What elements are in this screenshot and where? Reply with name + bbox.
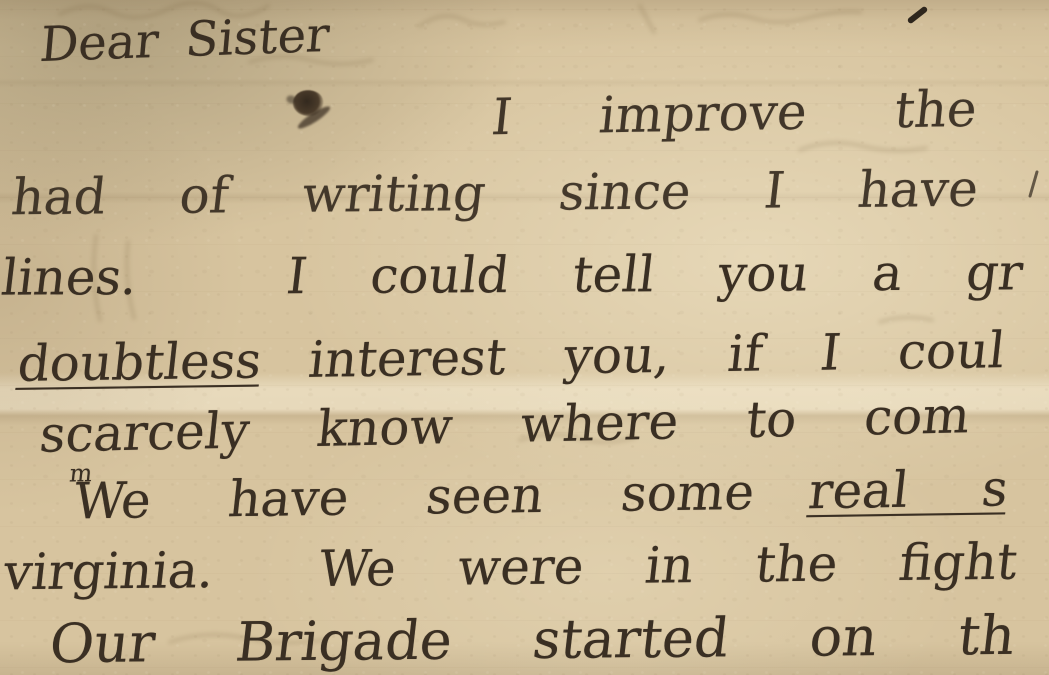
handwriting-text: interest you, if I coul bbox=[306, 323, 1008, 388]
handwriting-text-underlined: doubtless bbox=[15, 333, 264, 391]
letter-line-7: mWe have seen somereal s bbox=[60, 461, 1009, 529]
handwriting-text: scarcely know where to com bbox=[37, 388, 972, 463]
handwriting-text: Our Brigade started on th bbox=[47, 606, 1019, 674]
handwriting-text: We have seen some bbox=[71, 465, 757, 530]
letter-line-8: virginia.We were in the fight bbox=[4, 535, 1018, 601]
handwriting-text: I improve the bbox=[489, 82, 979, 146]
letter-photograph: Dear Sister I improve the had of writing… bbox=[0, 0, 1049, 675]
letter-line-6: scarcely know where to com bbox=[40, 388, 971, 462]
letter-line-9: Our Brigade started on th bbox=[50, 606, 1015, 674]
letter-line-2: I improve the bbox=[492, 82, 978, 145]
cut-off-pen-stroke bbox=[1028, 170, 1039, 198]
letter-line-4: lines.I could tell you a gr bbox=[2, 245, 1023, 305]
letter-line-3: had of writing since I have bbox=[12, 162, 979, 225]
handwriting-text: Dear Sister bbox=[38, 9, 332, 72]
handwriting-text: I could tell you a gr bbox=[284, 245, 1026, 304]
letter-line-salutation: Dear Sister bbox=[39, 9, 330, 72]
pen-tick-mark bbox=[907, 6, 929, 25]
handwriting-text: lines. bbox=[0, 250, 141, 306]
handwriting-text: virginia. bbox=[1, 543, 217, 600]
letter-line-5: doubtlessinterest you, if I coul bbox=[18, 323, 1006, 392]
handwriting-text: We were in the fight bbox=[316, 535, 1020, 597]
handwriting-text-underlined: real s bbox=[806, 461, 1011, 519]
handwriting-text: had of writing since I have bbox=[9, 162, 981, 225]
